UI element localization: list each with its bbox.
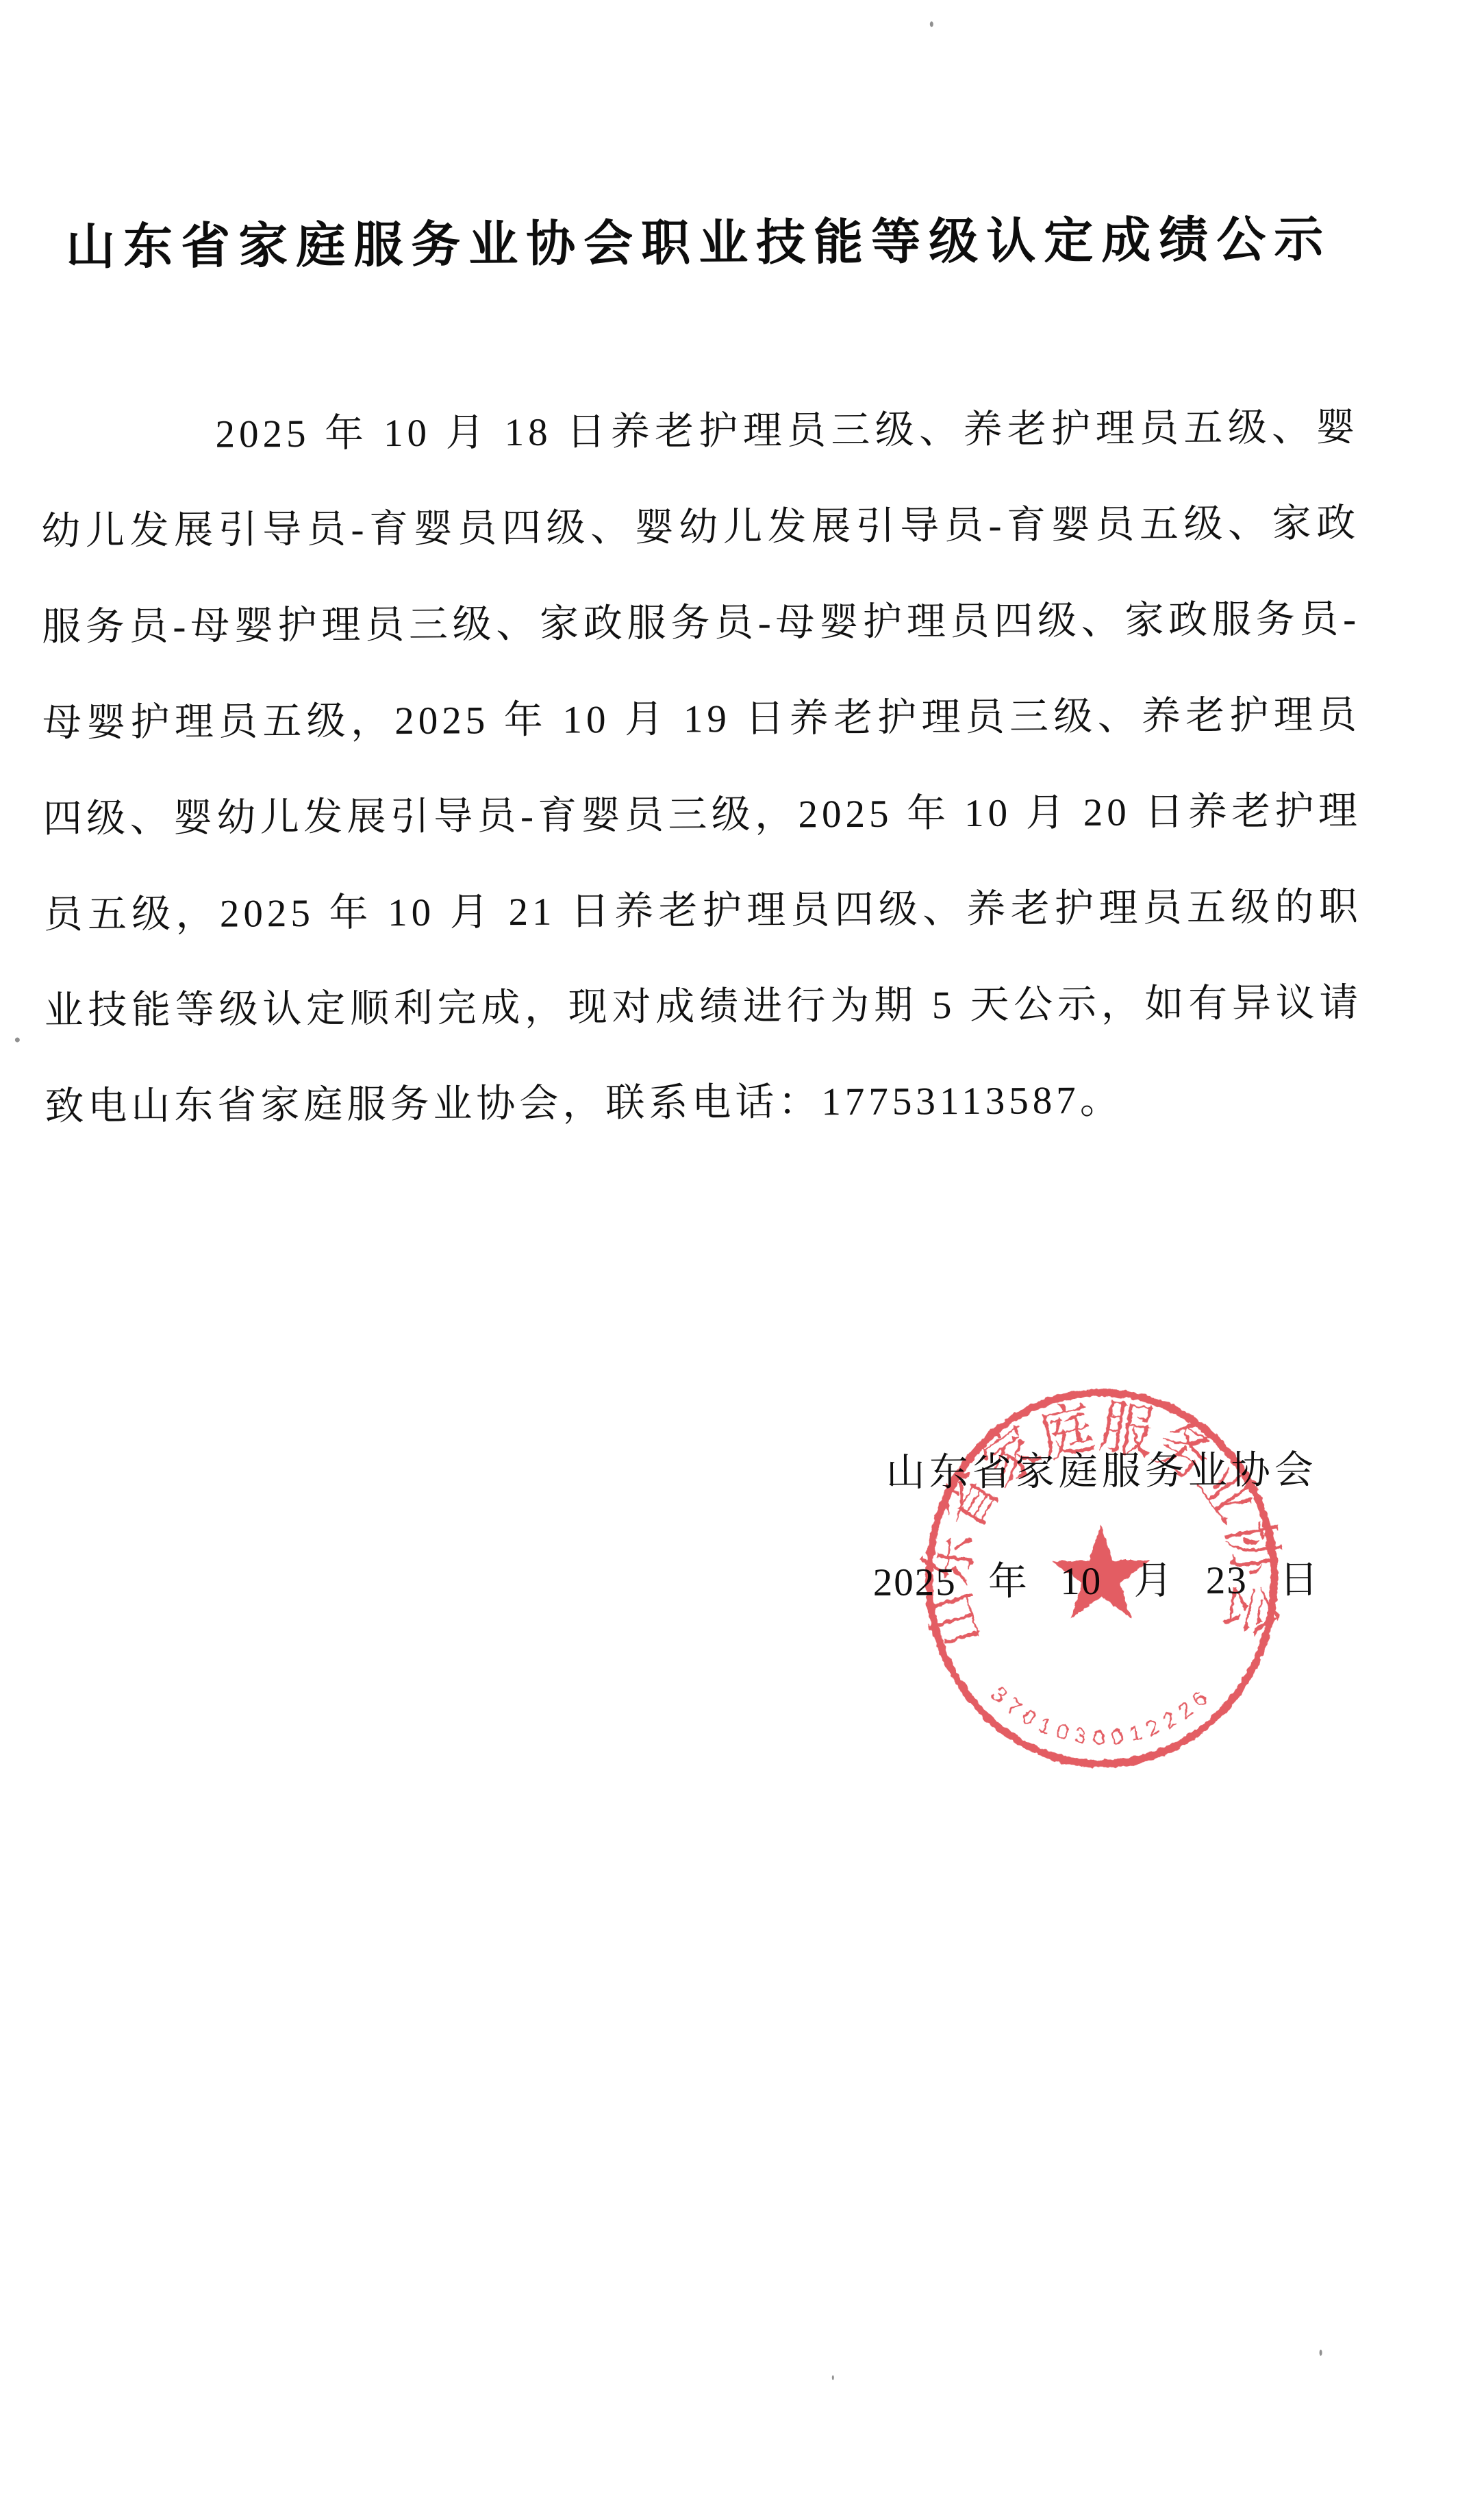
scanned-document-page: 山东省家庭服务业协会职业技能等级认定成绩公示 2025 年 10 月 18 日养… — [0, 0, 1484, 2510]
scan-artifact-dot — [832, 2375, 834, 2380]
seal-star-icon — [1051, 1524, 1150, 1619]
official-seal-graphic: 山东省家庭服务业协会 3701030012226 — [918, 1381, 1290, 1780]
body-line-8: 致电山东省家庭服务业协会，联系电话：17753113587。 — [45, 1051, 1363, 1155]
scan-content: 山东省家庭服务业协会职业技能等级认定成绩公示 2025 年 10 月 18 日养… — [0, 0, 1484, 2510]
body-line-4: 母婴护理员五级，2025 年 10 月 19 日养老护理员三级、养老护理员 — [42, 667, 1361, 771]
body-line-3: 服务员-母婴护理员三级、家政服务员-母婴护理员四级、家政服务员- — [42, 571, 1361, 675]
body-line-2: 幼儿发展引导员-育婴员四级、婴幼儿发展引导员-育婴员五级、家政 — [41, 475, 1360, 580]
body-line-1: 2025 年 10 月 18 日养老护理员三级、养老护理员五级、婴 — [40, 380, 1359, 484]
scan-artifact-dot — [1320, 2350, 1322, 2356]
seal-ring-text: 山东省家庭服务业协会 — [918, 1393, 1290, 1655]
body-line-6: 员五级，2025 年 10 月 21 日养老护理员四级、养老护理员五级的职 — [43, 859, 1362, 963]
scan-artifact-dot — [930, 21, 933, 27]
document-title: 山东省家庭服务业协会职业技能等级认定成绩公示 — [39, 201, 1358, 285]
official-seal: 山东省家庭服务业协会 3701030012226 — [918, 1381, 1290, 1780]
scan-artifact-dot — [15, 1037, 20, 1042]
body-line-5: 四级、婴幼儿发展引导员-育婴员三级，2025 年 10 月 20 日养老护理 — [42, 763, 1361, 867]
announcement-paragraph: 2025 年 10 月 18 日养老护理员三级、养老护理员五级、婴 幼儿发展引导… — [40, 380, 1363, 1155]
body-line-7: 业技能等级认定顺利完成，现对成绩进行为期 5 天公示，如有异议请 — [44, 955, 1363, 1059]
